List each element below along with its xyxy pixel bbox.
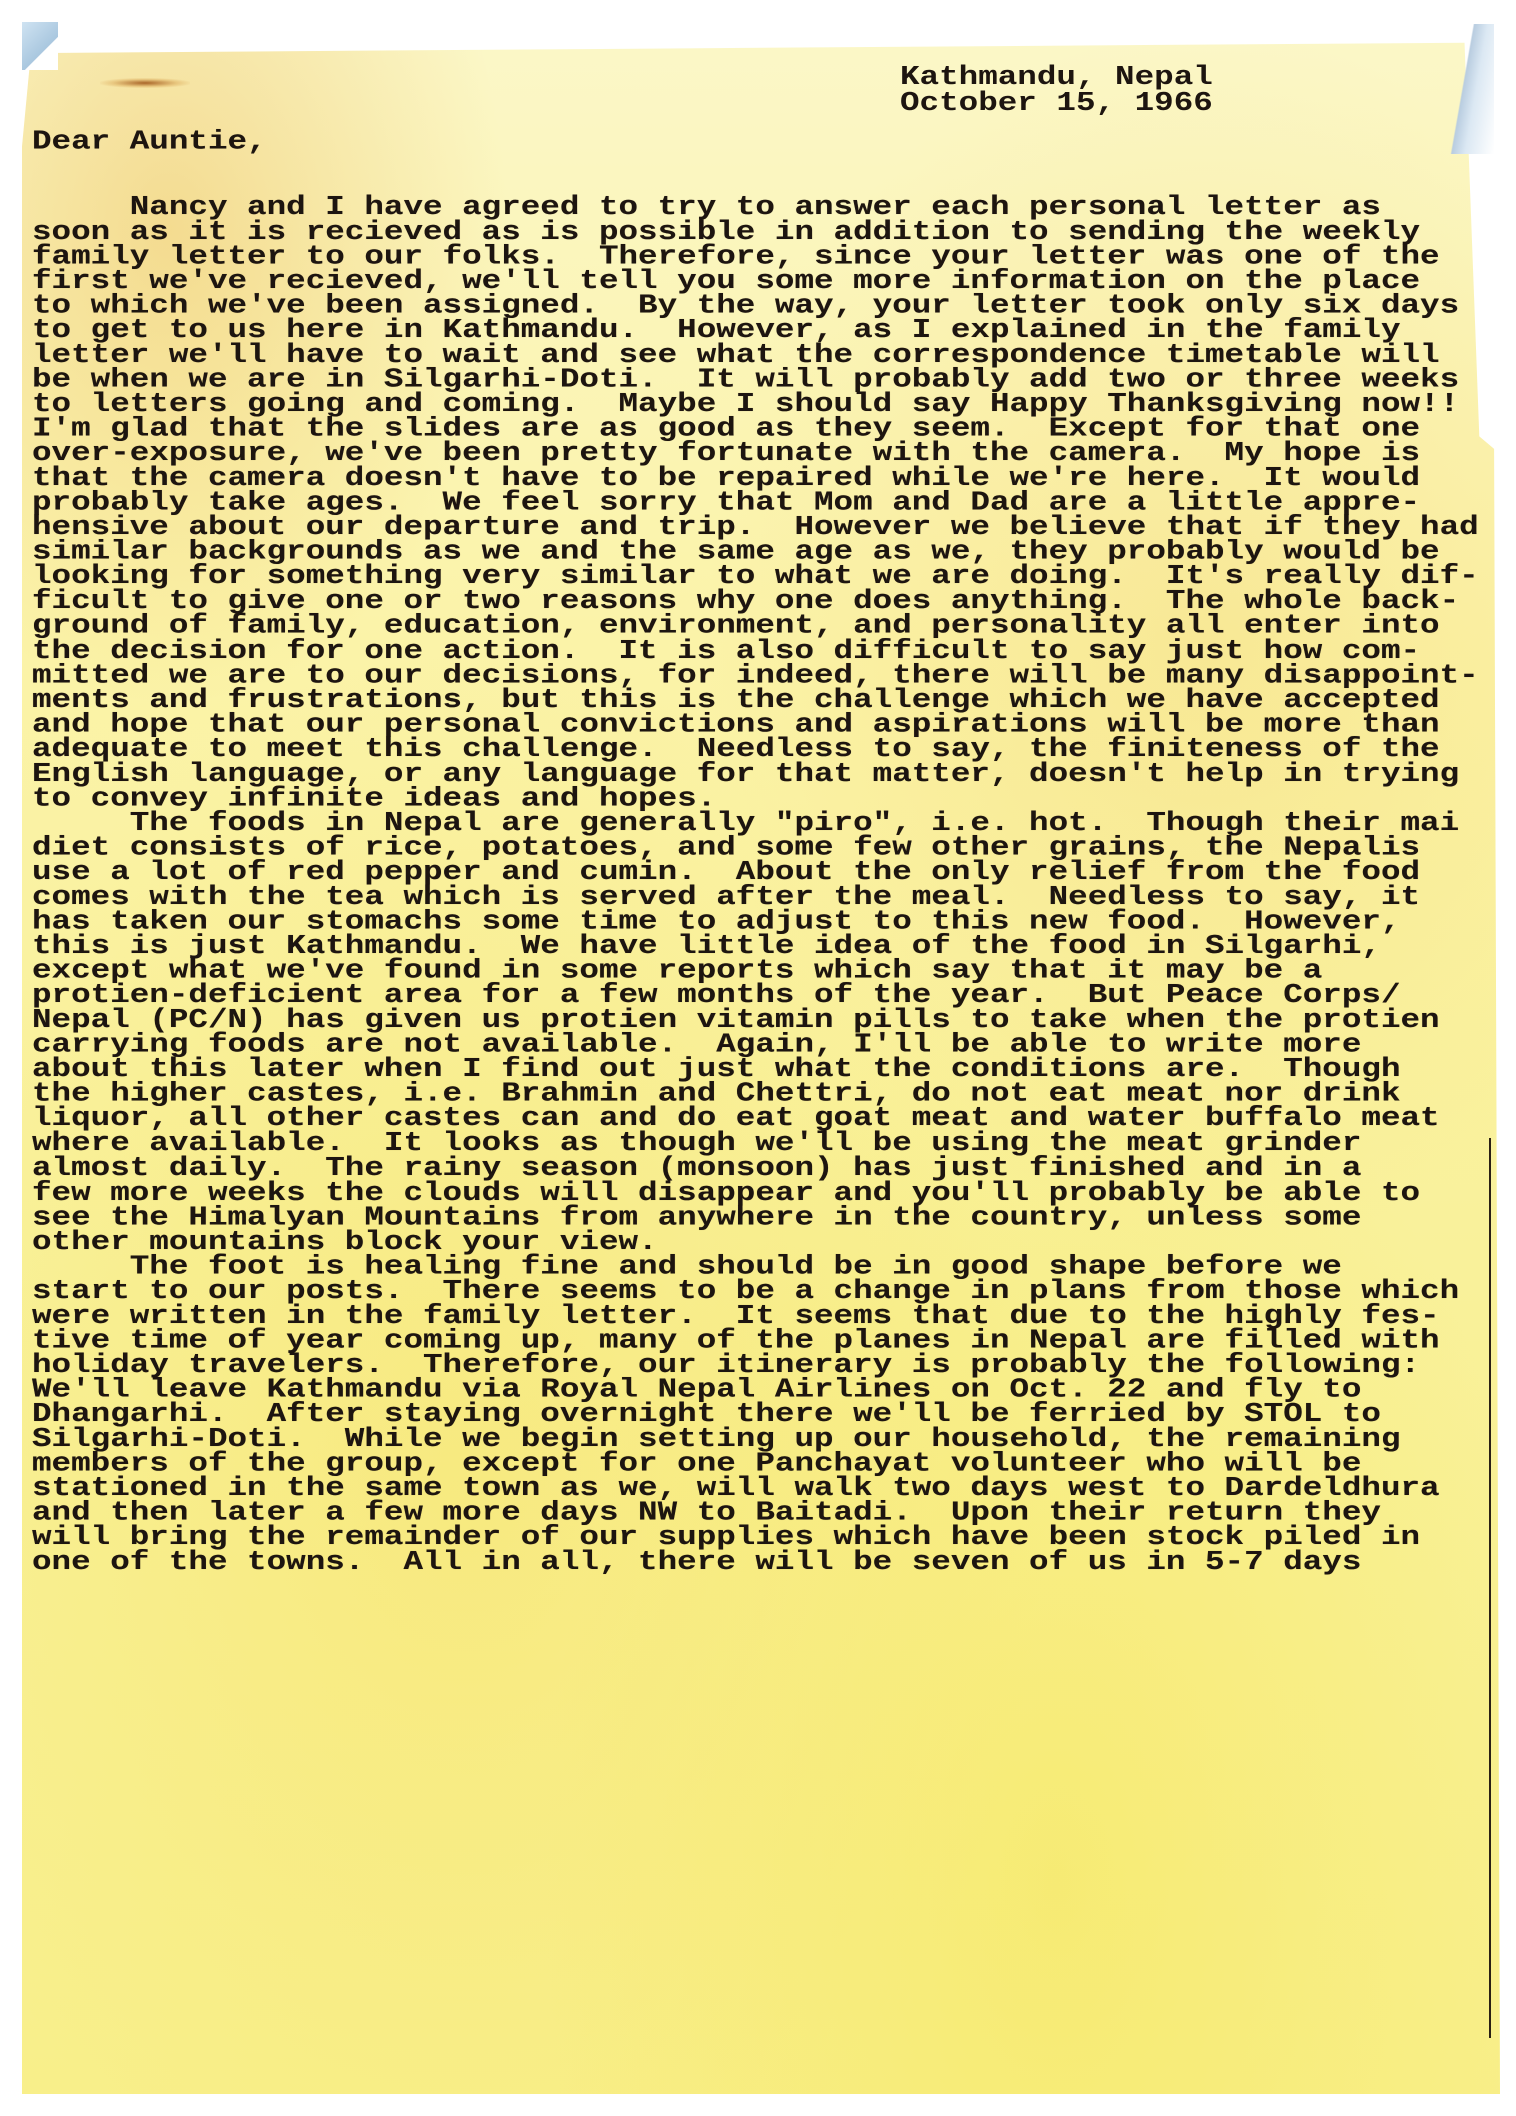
- scan-corner-shadow: [22, 22, 58, 70]
- salutation: Dear Auntie,: [32, 132, 1479, 157]
- paper-edge-line: [1489, 1138, 1491, 2038]
- body-text: Nancy and I have agreed to try to answer…: [32, 198, 1479, 1578]
- letter-body: Dear Auntie, Nancy and I have agreed to …: [32, 92, 1479, 1597]
- text-line: one of the towns. All in all, there will…: [32, 1553, 1479, 1578]
- paper-stain: [100, 78, 190, 88]
